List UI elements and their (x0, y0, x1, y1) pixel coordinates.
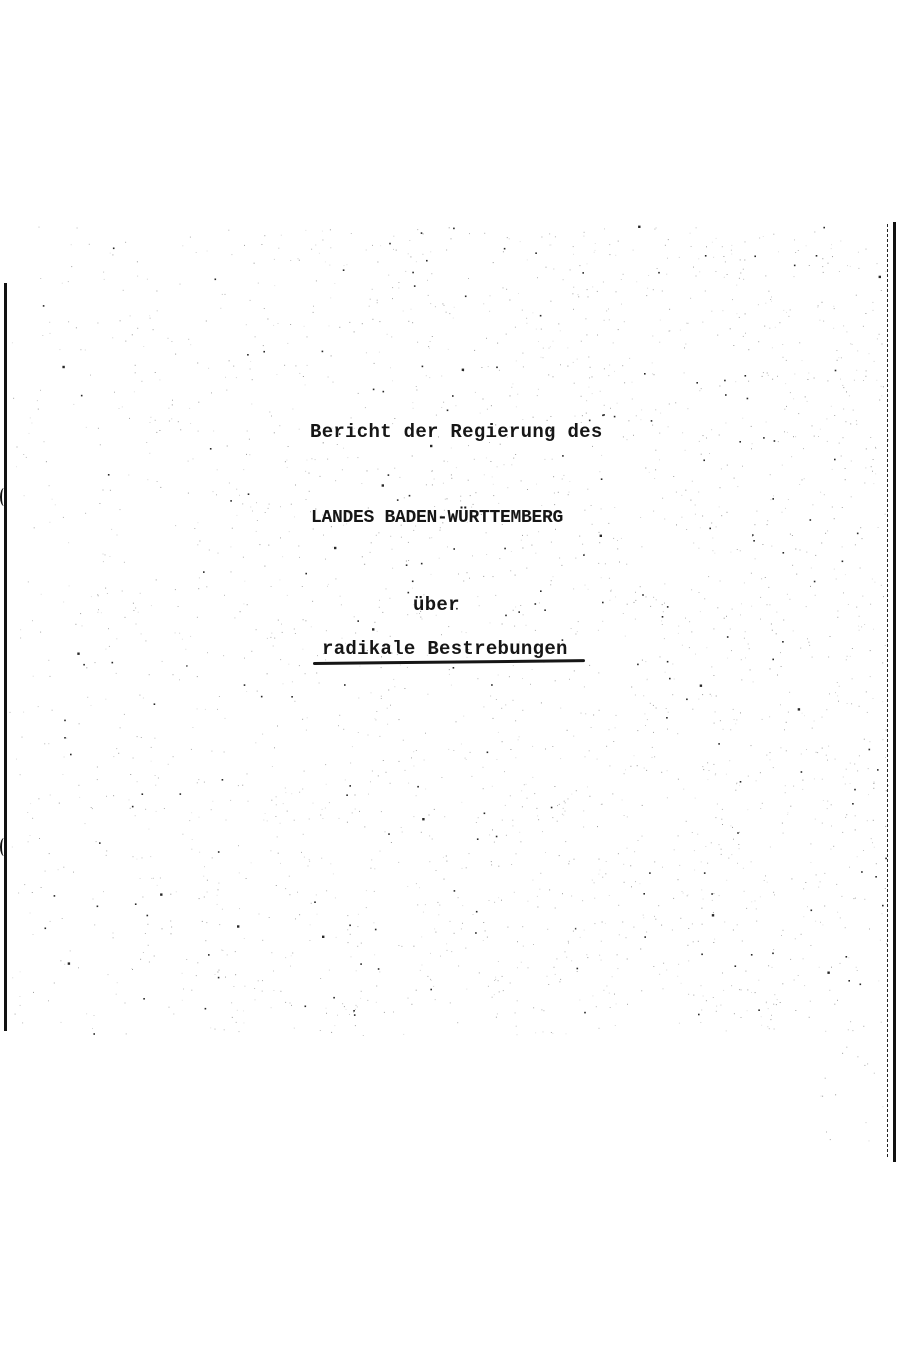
left-edge-notch (0, 488, 8, 506)
state-name-line: LANDES BADEN-WÜRTTEMBERG (311, 508, 563, 528)
scanned-document-page: Bericht der Regierung des LANDES BADEN-W… (0, 0, 900, 1349)
left-edge-notch (0, 838, 8, 856)
right-page-edge-inner (887, 224, 888, 1159)
left-page-edge (4, 283, 7, 1031)
subject-underline (313, 659, 585, 665)
scan-noise-speckles (0, 0, 900, 1349)
preposition-line: über (413, 594, 460, 616)
subject-line: radikale Bestrebungen (322, 638, 568, 660)
right-page-edge-outer (893, 222, 896, 1162)
report-title-line: Bericht der Regierung des (310, 421, 603, 443)
